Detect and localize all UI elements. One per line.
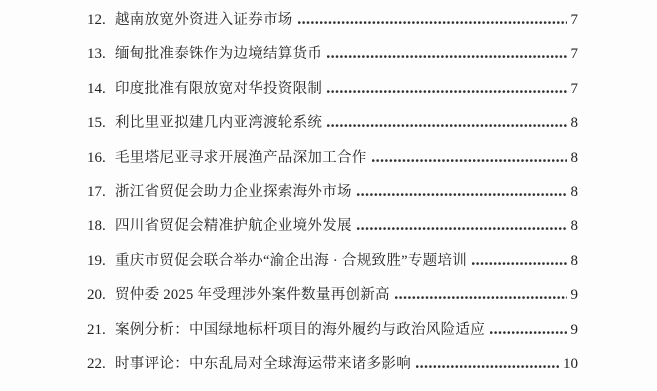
toc-entry-number: 13. [87, 46, 115, 63]
toc-entry-page: 8 [571, 218, 579, 235]
toc-entry[interactable]: 16. 毛里塔尼亚寻求开展渔产品深加工合作 8 [87, 146, 578, 180]
toc-entry-title: 四川省贸促会精准护航企业境外发展 [115, 214, 352, 235]
toc-entry-title: 重庆市贸促会联合举办“渝企出海 · 合规致胜”专题培训 [115, 249, 467, 270]
toc-entry-page: 9 [571, 322, 579, 339]
toc-entry-page: 7 [571, 81, 579, 98]
toc-entry-page: 9 [571, 287, 579, 304]
toc-entry-number: 18. [87, 218, 115, 235]
toc-entry-page: 8 [571, 115, 579, 132]
toc-dot-leader [357, 193, 567, 196]
toc-entry[interactable]: 22. 时事评论：中东乱局对全球海运带来诸多影响 10 [87, 352, 578, 386]
toc-entry-number: 16. [87, 150, 115, 167]
toc-list: 12. 越南放宽外资进入证券市场 7 13. 缅甸批准泰铢作为边境结算货币 7 … [87, 8, 578, 386]
toc-entry[interactable]: 14. 印度批准有限放宽对华投资限制 7 [87, 77, 578, 111]
toc-entry-title: 利比里亚拟建几内亚湾渡轮系统 [115, 111, 322, 132]
toc-entry-page: 8 [571, 150, 579, 167]
toc-entry[interactable]: 13. 缅甸批准泰铢作为边境结算货币 7 [87, 42, 578, 76]
toc-dot-leader [298, 21, 567, 24]
toc-entry-title: 越南放宽外资进入证券市场 [115, 8, 293, 29]
toc-entry-page: 10 [563, 356, 578, 373]
toc-entry[interactable]: 19. 重庆市贸促会联合举办“渝企出海 · 合规致胜”专题培训 8 [87, 249, 578, 283]
toc-entry[interactable]: 15. 利比里亚拟建几内亚湾渡轮系统 8 [87, 111, 578, 145]
toc-entry-title: 印度批准有限放宽对华投资限制 [115, 77, 322, 98]
toc-entry[interactable]: 12. 越南放宽外资进入证券市场 7 [87, 8, 578, 42]
toc-entry-title: 毛里塔尼亚寻求开展渔产品深加工合作 [115, 146, 367, 167]
toc-entry-number: 20. [87, 287, 115, 304]
toc-entry-page: 8 [571, 253, 579, 270]
toc-dot-leader [327, 55, 566, 58]
toc-entry-number: 22. [87, 356, 115, 373]
toc-entry[interactable]: 18. 四川省贸促会精准护航企业境外发展 8 [87, 214, 578, 248]
toc-entry-number: 19. [87, 253, 115, 270]
toc-entry[interactable]: 17. 浙江省贸促会助力企业探索海外市场 8 [87, 180, 578, 214]
toc-entry-number: 17. [87, 184, 115, 201]
toc-dot-leader [416, 365, 559, 368]
toc-entry-title: 贸仲委 2025 年受理涉外案件数量再创新高 [115, 283, 390, 304]
toc-dot-leader [395, 296, 567, 299]
toc-entry[interactable]: 20. 贸仲委 2025 年受理涉外案件数量再创新高 9 [87, 283, 578, 317]
toc-entry-title: 时事评论：中东乱局对全球海运带来诸多影响 [115, 352, 411, 373]
toc-entry-number: 12. [87, 12, 115, 29]
toc-entry-number: 15. [87, 115, 115, 132]
toc-entry[interactable]: 21. 案例分析：中国绿地标杆项目的海外履约与政治风险适应 9 [87, 318, 578, 352]
toc-entry-number: 14. [87, 81, 115, 98]
toc-entry-number: 21. [87, 322, 115, 339]
toc-page: 12. 越南放宽外资进入证券市场 7 13. 缅甸批准泰铢作为边境结算货币 7 … [0, 0, 657, 391]
toc-entry-title: 浙江省贸促会助力企业探索海外市场 [115, 180, 352, 201]
toc-dot-leader [327, 124, 566, 127]
toc-entry-title: 缅甸批准泰铢作为边境结算货币 [115, 42, 322, 63]
toc-dot-leader [472, 262, 566, 265]
toc-dot-leader [327, 90, 566, 93]
toc-entry-page: 7 [571, 12, 579, 29]
toc-dot-leader [372, 159, 567, 162]
toc-entry-title: 案例分析：中国绿地标杆项目的海外履约与政治风险适应 [115, 318, 485, 339]
toc-entry-page: 8 [571, 184, 579, 201]
toc-dot-leader [490, 331, 567, 334]
toc-entry-page: 7 [571, 46, 579, 63]
toc-dot-leader [357, 227, 567, 230]
